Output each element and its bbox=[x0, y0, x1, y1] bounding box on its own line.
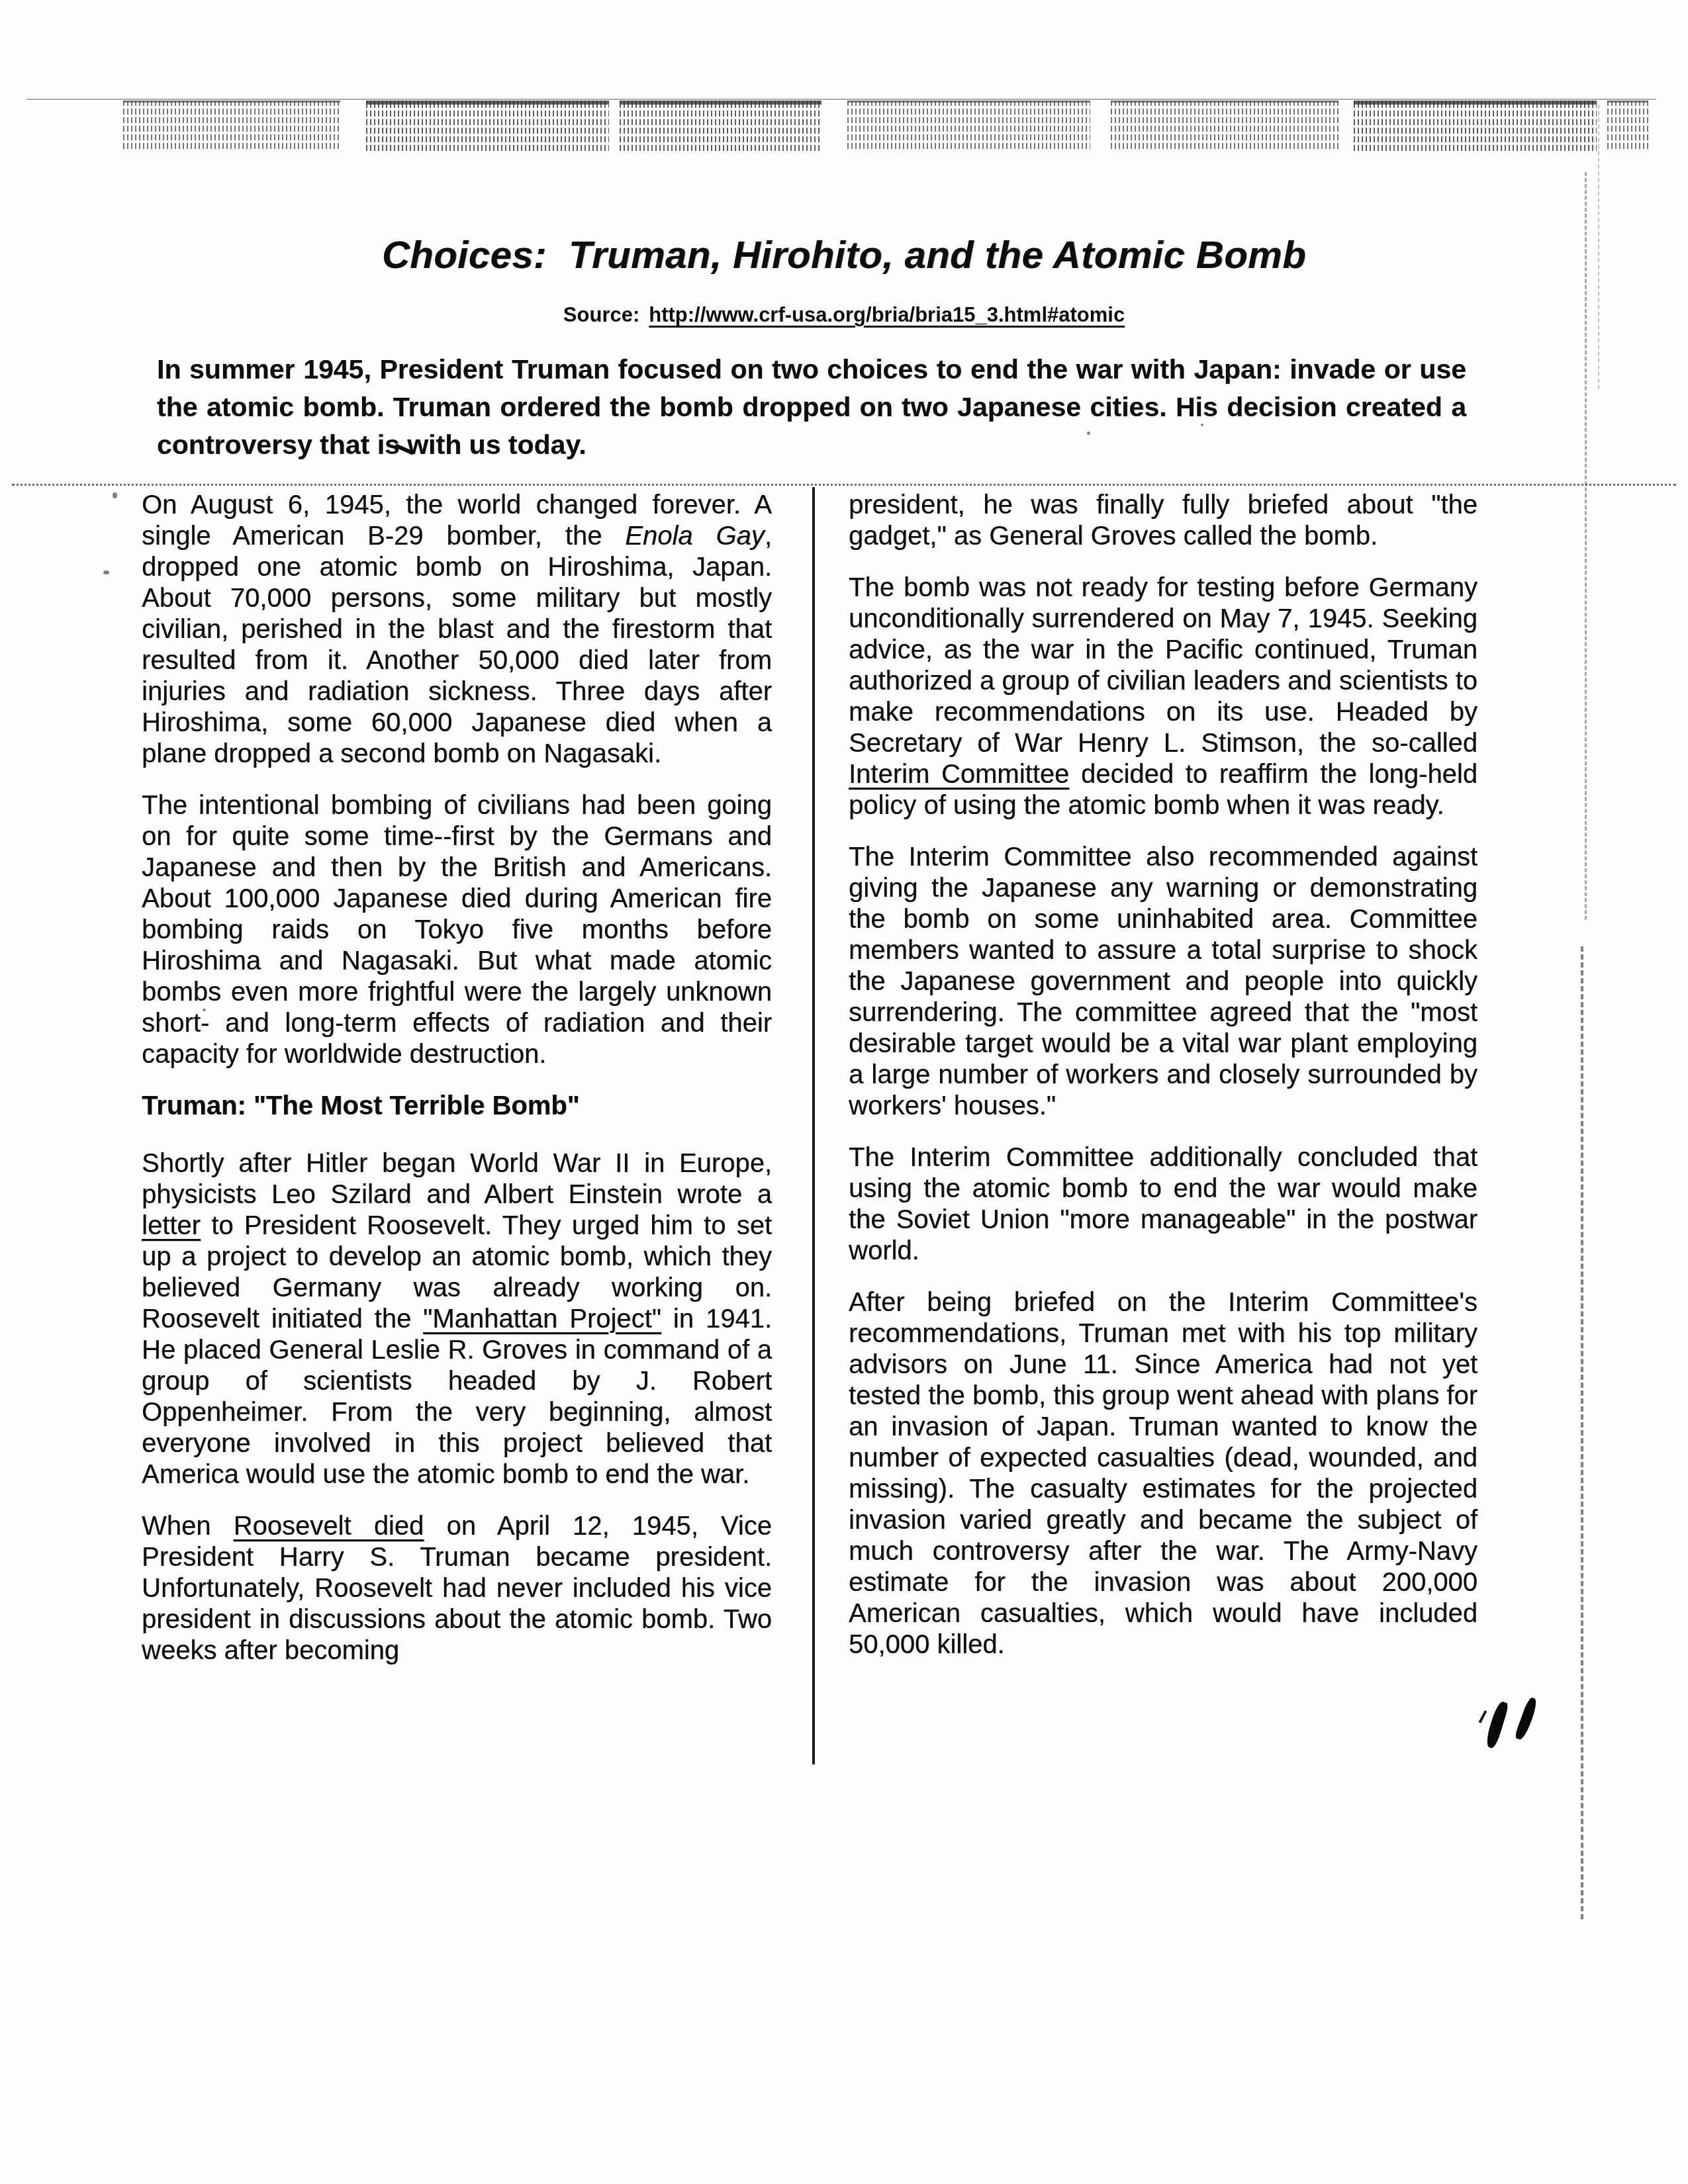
text-run: The Interim Committee also recommended a… bbox=[849, 842, 1477, 1120]
underline-text: Roosevelt died bbox=[234, 1512, 424, 1541]
paragraph: The Interim Committee also recommended a… bbox=[849, 842, 1477, 1122]
pen-slash bbox=[1514, 1696, 1539, 1741]
scan-noise-segment bbox=[366, 101, 609, 151]
paragraph: The bomb was not ready for testing befor… bbox=[849, 572, 1477, 821]
scan-noise-segment bbox=[620, 101, 821, 151]
pen-tick bbox=[1479, 1710, 1487, 1723]
scan-noise-segment bbox=[1607, 101, 1648, 149]
left-column: On August 6, 1945, the world changed for… bbox=[142, 490, 772, 1687]
scan-noise-segment bbox=[123, 101, 340, 149]
scan-dash-artifact bbox=[1585, 172, 1587, 920]
scan-noise-segment bbox=[1111, 101, 1338, 149]
scan-noise-segment bbox=[1354, 101, 1597, 151]
paragraph: When Roosevelt died on April 12, 1945, V… bbox=[142, 1511, 772, 1666]
scan-speck bbox=[103, 570, 109, 574]
text-run: , dropped one atomic bomb on Hiroshima, … bbox=[142, 522, 772, 768]
scan-edge-line bbox=[26, 99, 1656, 100]
text-run: The Interim Committee additionally concl… bbox=[849, 1143, 1477, 1265]
page-title: Choices: Truman, Hirohito, and the Atomi… bbox=[0, 233, 1688, 277]
source-line: Source:http://www.crf-usa.org/bria/bria1… bbox=[0, 303, 1688, 327]
underline-text: letter bbox=[142, 1211, 201, 1240]
scan-noise-segment bbox=[847, 101, 1090, 149]
underline-text: Interim Committee bbox=[849, 760, 1069, 789]
paragraph: The Interim Committee additionally concl… bbox=[849, 1142, 1477, 1267]
scan-dash-artifact bbox=[1581, 946, 1583, 1919]
text-run: When bbox=[142, 1512, 234, 1541]
scan-noise-band bbox=[106, 101, 1650, 151]
scan-speck bbox=[113, 492, 117, 498]
source-url-link: http://www.crf-usa.org/bria/bria15_3.htm… bbox=[649, 303, 1125, 326]
paragraph: president, he was finally fully briefed … bbox=[849, 490, 1477, 552]
text-run: The intentional bombing of civilians had… bbox=[142, 791, 772, 1069]
column-divider bbox=[812, 487, 815, 1764]
scanned-document-page: Choices: Truman, Hirohito, and the Atomi… bbox=[0, 0, 1688, 2184]
italic-text: Enola Gay bbox=[625, 522, 765, 551]
text-run: president, he was finally fully briefed … bbox=[849, 490, 1477, 551]
section-heading: Truman: "The Most Terrible Bomb" bbox=[142, 1091, 772, 1122]
pen-slash bbox=[1484, 1700, 1509, 1749]
underline-text: "Manhattan Project" bbox=[423, 1304, 661, 1334]
text-run: After being briefed on the Interim Commi… bbox=[849, 1288, 1477, 1659]
right-column: president, he was finally fully briefed … bbox=[849, 490, 1477, 1681]
source-label: Source: bbox=[563, 303, 639, 326]
intro-paragraph: In summer 1945, President Truman focused… bbox=[157, 351, 1466, 464]
scan-dotted-line bbox=[12, 484, 1676, 486]
paragraph: The intentional bombing of civilians had… bbox=[142, 790, 772, 1070]
text-run: The bomb was not ready for testing befor… bbox=[849, 573, 1477, 758]
text-run: Shortly after Hitler began World War II … bbox=[142, 1149, 772, 1209]
paragraph: Shortly after Hitler began World War II … bbox=[142, 1148, 772, 1490]
paragraph: After being briefed on the Interim Commi… bbox=[849, 1287, 1477, 1661]
paragraph: On August 6, 1945, the world changed for… bbox=[142, 490, 772, 770]
